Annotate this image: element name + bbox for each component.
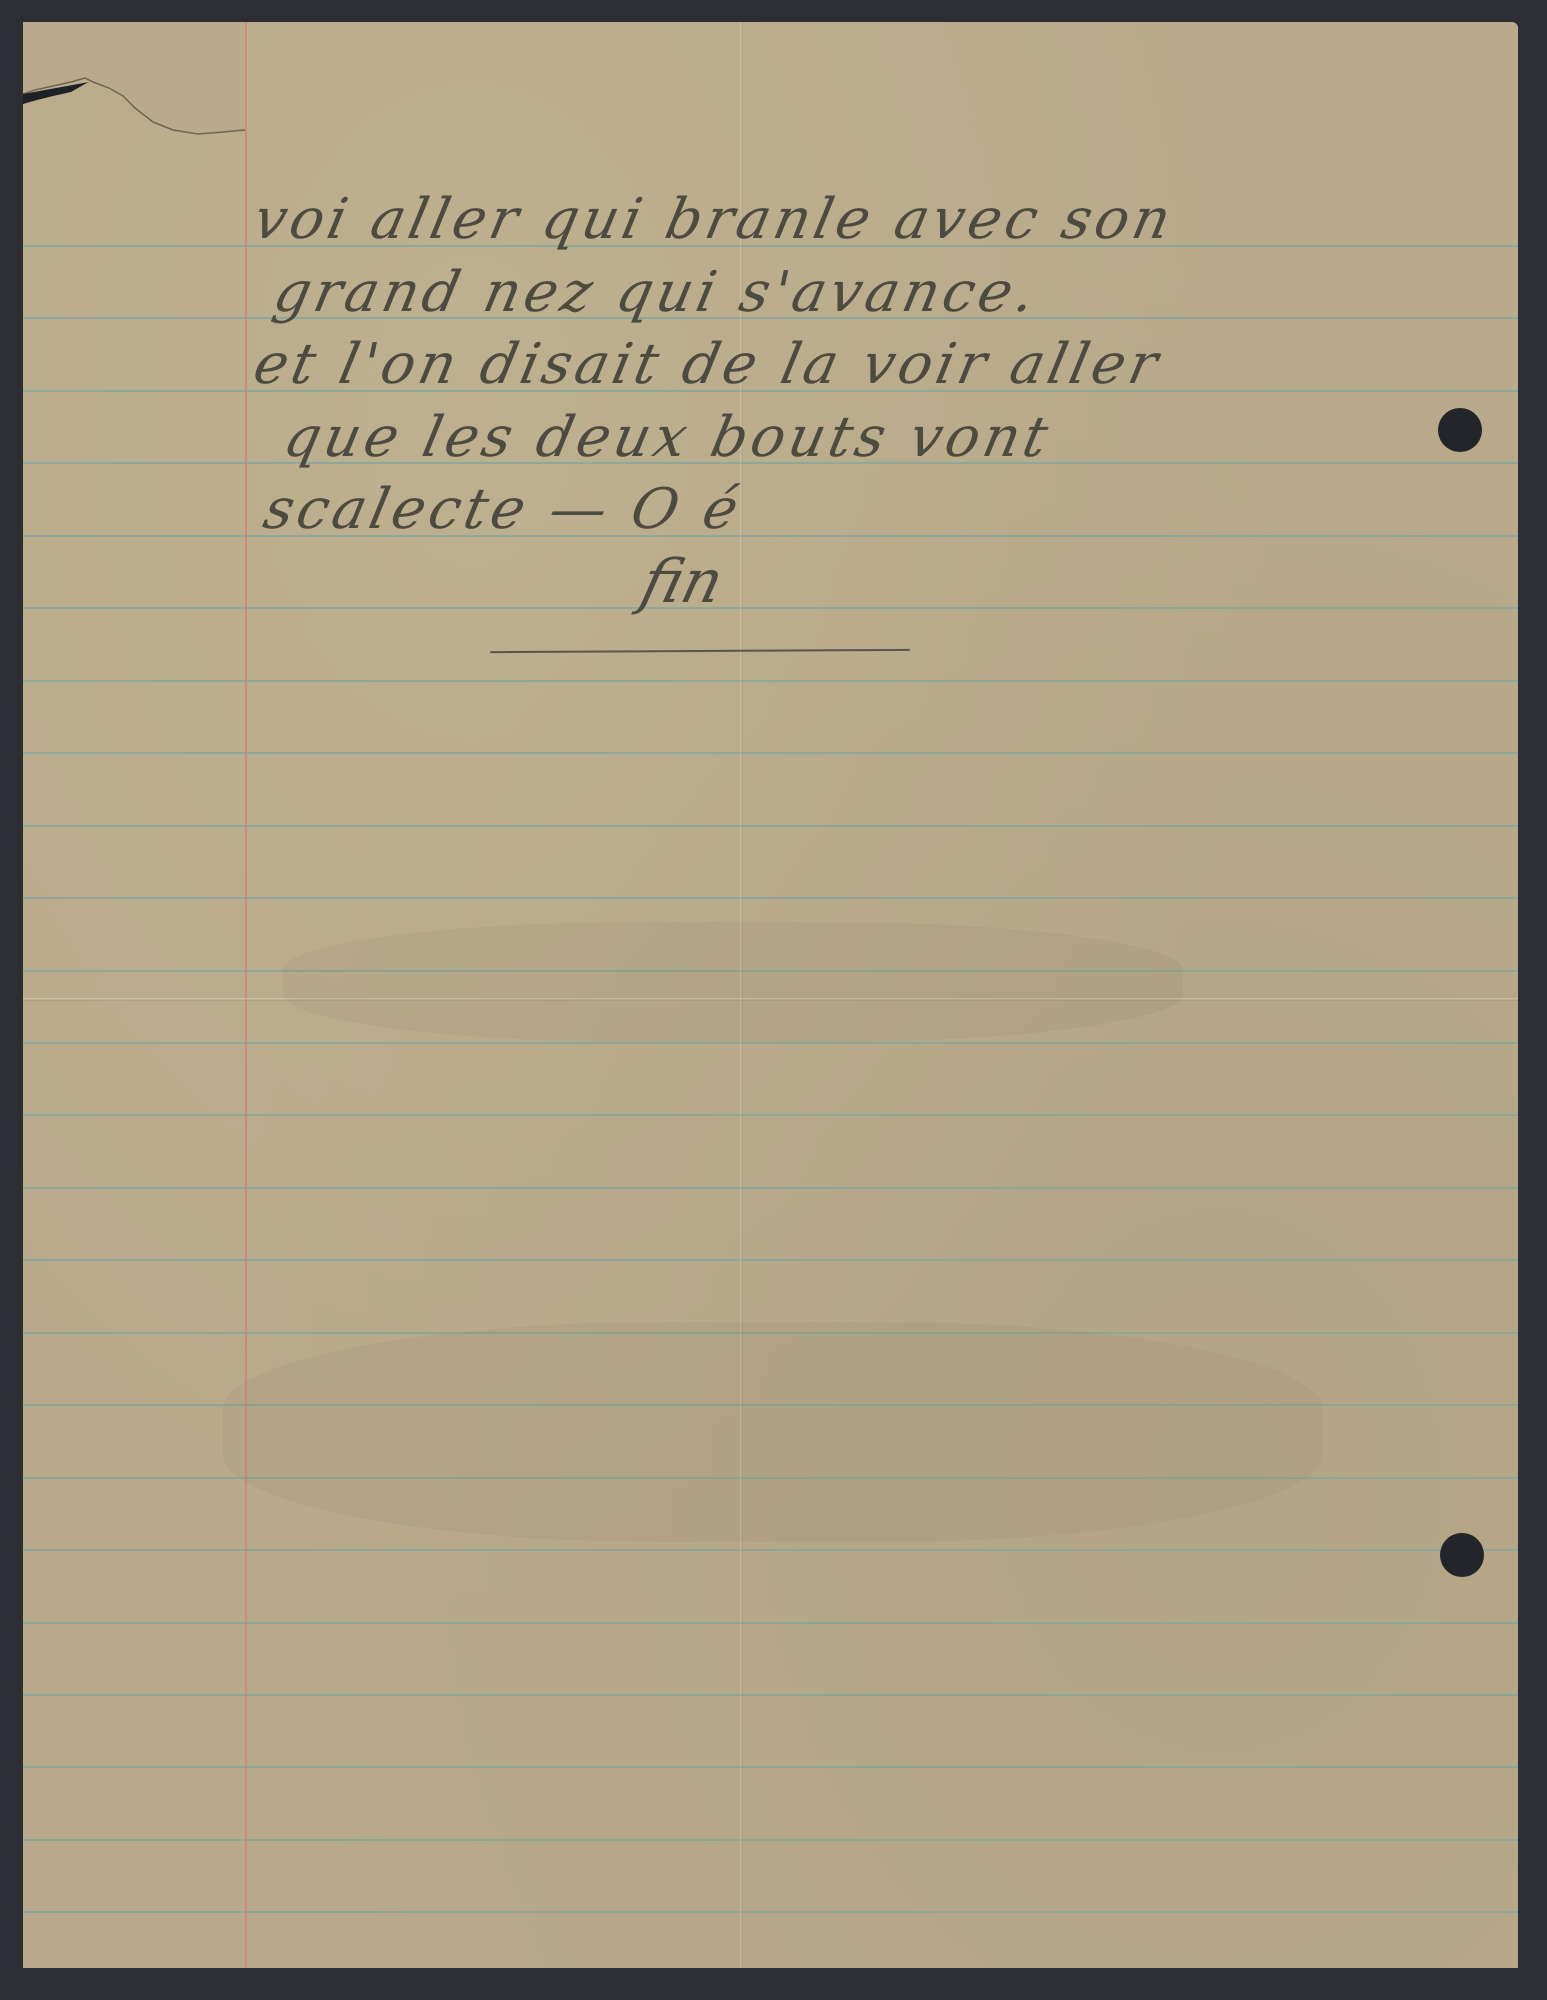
rule-line bbox=[23, 825, 1518, 827]
paper-sheet: voi aller qui branle avec son grand nez … bbox=[23, 22, 1518, 1968]
handwritten-line-1: voi aller qui branle avec son bbox=[248, 187, 1180, 252]
rule-line bbox=[23, 1622, 1518, 1624]
handwritten-line-5: scalecte — O é bbox=[258, 477, 748, 542]
red-margin-line bbox=[245, 22, 247, 1968]
torn-corner bbox=[23, 22, 263, 142]
closing-underline bbox=[490, 649, 910, 653]
rule-line bbox=[23, 535, 1518, 537]
rule-line bbox=[23, 1187, 1518, 1189]
punch-hole-bottom bbox=[1440, 1533, 1484, 1577]
rule-line bbox=[23, 752, 1518, 754]
rule-line bbox=[23, 1042, 1518, 1044]
rule-line bbox=[23, 607, 1518, 609]
bleed-through-mark bbox=[223, 1322, 1323, 1542]
rule-line bbox=[23, 1549, 1518, 1551]
rule-line bbox=[23, 1694, 1518, 1696]
bleed-through-mark bbox=[283, 922, 1183, 1042]
rule-line bbox=[23, 1114, 1518, 1116]
rule-line bbox=[23, 680, 1518, 682]
punch-hole-top bbox=[1438, 408, 1482, 452]
handwritten-line-2: grand nez qui s'avance. bbox=[268, 260, 1045, 325]
rule-line bbox=[23, 1911, 1518, 1913]
rule-line bbox=[23, 897, 1518, 899]
rule-line bbox=[23, 1259, 1518, 1261]
rule-line bbox=[23, 1839, 1518, 1841]
handwritten-line-4: que les deux bouts vont bbox=[278, 405, 1057, 470]
rule-line bbox=[23, 1766, 1518, 1768]
handwritten-line-3: et l'on disait de la voir aller bbox=[248, 332, 1167, 397]
